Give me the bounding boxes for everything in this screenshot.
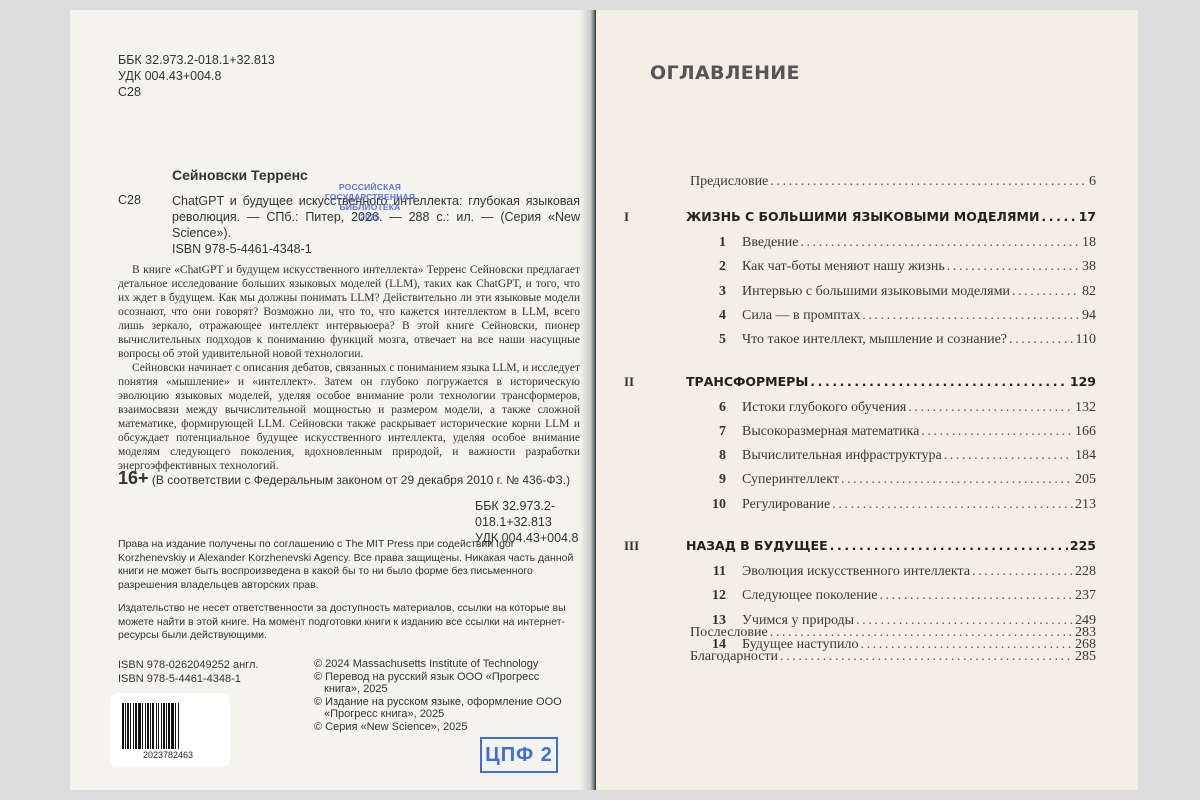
stamp-line: ГОСУДАРСТВЕННАЯ	[300, 192, 440, 202]
toc-page-number: 225	[1070, 538, 1096, 553]
toc-entry-title: Послесловие	[690, 625, 768, 641]
rights-notice: Права на издание получены по соглашению …	[118, 538, 580, 653]
catalog-code: С28	[118, 193, 141, 207]
toc-part: IIIНАЗАД В БУДУЩЕЕ225	[686, 538, 1096, 553]
rights-paragraph: Права на издание получены по соглашению …	[118, 538, 580, 592]
copyright-line: © Перевод на русский язык ООО «Прогресс …	[314, 671, 574, 696]
annotation-paragraph: В книге «ChatGPT и будущем искусственног…	[118, 263, 580, 361]
annotation-paragraph: Сейновски начинает с описания дебатов, с…	[118, 361, 580, 473]
toc-entry-title: Интервью с большими языковыми моделями	[742, 284, 1010, 300]
part-number: II	[624, 374, 654, 390]
book-spread: ББК 32.973.2-018.1+32.813 УДК 004.43+004…	[70, 10, 1138, 790]
toc-entry-title: Высокоразмерная математика	[742, 424, 919, 440]
leader-dots	[879, 588, 1073, 604]
toc-title: ОГЛАВЛЕНИЕ	[650, 62, 800, 84]
leader-dots	[1012, 284, 1080, 300]
toc-entry-title: Предисловие	[690, 174, 768, 190]
age-rating-note: (В соответствии с Федеральным законом от…	[152, 473, 570, 487]
udk-code: УДК 004.43+004.8	[118, 68, 275, 84]
barcode-number: 2023782463	[110, 750, 226, 760]
chapter-number: 9	[702, 472, 726, 488]
table-of-contents-page: ОГЛАВЛЕНИЕ Предисловие6IЖИЗНЬ С БОЛЬШИМИ…	[596, 10, 1138, 790]
toc-entry: 2Как чат-боты меняют нашу жизнь38	[742, 259, 1096, 275]
chapter-number: 7	[702, 424, 726, 440]
cpf-stamp: ЦПФ 2	[480, 737, 558, 773]
library-stamp: РОССИЙСКАЯ ГОСУДАРСТВЕННАЯ БИБЛИОТЕКА 20…	[300, 182, 440, 222]
leader-dots	[830, 538, 1068, 553]
leader-dots	[841, 472, 1073, 488]
barcode-icon	[122, 703, 214, 749]
leader-dots	[908, 400, 1073, 416]
copyright-list: © 2024 Massachusetts Institute of Techno…	[314, 658, 574, 733]
toc-entry: 1Введение18	[742, 235, 1096, 251]
chapter-number: 12	[702, 588, 726, 604]
toc-entry-title: Сила — в промптах	[742, 308, 860, 324]
toc-entry: 9Суперинтеллект205	[742, 472, 1096, 488]
leader-dots	[800, 235, 1080, 251]
toc-entry-title: Суперинтеллект	[742, 472, 839, 488]
leader-dots	[770, 174, 1087, 190]
leader-dots	[947, 259, 1080, 275]
leader-dots	[1041, 209, 1076, 224]
toc-page-number: 6	[1089, 174, 1096, 190]
isbn-russian: ISBN 978-5-4461-4348-1	[118, 672, 258, 686]
disclaimer-paragraph: Издательство не несет ответственности за…	[118, 602, 580, 643]
part-number: III	[624, 538, 654, 554]
toc-page-number: 184	[1075, 448, 1096, 464]
leader-dots	[944, 448, 1073, 464]
toc-entry-title: Введение	[742, 235, 798, 251]
chapter-number: 3	[702, 284, 726, 300]
toc-entry-title: Регулирование	[742, 497, 830, 513]
leader-dots	[810, 374, 1068, 389]
chapter-number: 1	[702, 235, 726, 251]
toc-entry: 6Истоки глубокого обучения132	[742, 400, 1096, 416]
isbn-main: ISBN 978-5-4461-4348-1	[172, 242, 312, 256]
copyright-line: © 2024 Massachusetts Institute of Techno…	[314, 658, 574, 671]
barcode-sticker: 2023782463	[110, 693, 230, 767]
classification-codes-top: ББК 32.973.2-018.1+32.813 УДК 004.43+004…	[118, 52, 275, 100]
toc-entry-title: ЖИЗНЬ С БОЛЬШИМИ ЯЗЫКОВЫМИ МОДЕЛЯМИ	[686, 209, 1039, 224]
toc-page-number: 82	[1082, 284, 1096, 300]
toc-page-number: 18	[1082, 235, 1096, 251]
age-rating: 16+ (В соответствии с Федеральным законо…	[118, 468, 570, 489]
stamp-line: БИБЛИОТЕКА	[300, 202, 440, 212]
part-number: I	[624, 209, 654, 225]
stamp-line: РОССИЙСКАЯ	[300, 182, 440, 192]
toc-entry: Послесловие283	[690, 625, 1096, 641]
toc-page-number: 228	[1075, 564, 1096, 580]
leader-dots	[1009, 332, 1074, 348]
chapter-number: 8	[702, 448, 726, 464]
toc-entry: 8Вычислительная инфраструктура184	[742, 448, 1096, 464]
toc-entry: 7Высокоразмерная математика166	[742, 424, 1096, 440]
toc-entry-title: Благодарности	[690, 649, 778, 665]
toc-page-number: 205	[1075, 472, 1096, 488]
toc-page-number: 17	[1079, 209, 1096, 224]
leader-dots	[862, 308, 1080, 324]
toc-entry-title: НАЗАД В БУДУЩЕЕ	[686, 538, 828, 553]
copyright-line: © Издание на русском языке, оформление О…	[314, 696, 574, 721]
chapter-number: 4	[702, 308, 726, 324]
toc-part: IIТРАНСФОРМЕРЫ129	[686, 374, 1096, 389]
leader-dots	[972, 564, 1073, 580]
toc-entry-title: Истоки глубокого обучения	[742, 400, 906, 416]
chapter-number: 6	[702, 400, 726, 416]
isbn-list: ISBN 978-0262049252 англ. ISBN 978-5-446…	[118, 658, 258, 686]
toc-page-number: 129	[1070, 374, 1096, 389]
author-name: Сейновски Терренс	[172, 167, 308, 183]
leader-dots	[770, 625, 1073, 641]
bbk-code: ББК 32.973.2-018.1+32.813	[118, 52, 275, 68]
toc-page-number: 94	[1082, 308, 1096, 324]
toc-entry-title: Эволюция искусственного интеллекта	[742, 564, 970, 580]
toc-page-number: 38	[1082, 259, 1096, 275]
toc-entry-title: Что такое интеллект, мышление и сознание…	[742, 332, 1007, 348]
toc-page-number: 213	[1075, 497, 1096, 513]
toc-part: IЖИЗНЬ С БОЛЬШИМИ ЯЗЫКОВЫМИ МОДЕЛЯМИ17	[686, 209, 1096, 224]
author-mark: С28	[118, 84, 275, 100]
toc-page-number: 166	[1075, 424, 1096, 440]
toc-entry-title: Вычислительная инфраструктура	[742, 448, 942, 464]
toc-entry: Благодарности285	[690, 649, 1096, 665]
toc-entry: 4Сила — в промптах94	[742, 308, 1096, 324]
chapter-number: 10	[702, 497, 726, 513]
stamp-line: 2025	[300, 212, 440, 222]
copyright-page: ББК 32.973.2-018.1+32.813 УДК 004.43+004…	[70, 10, 594, 790]
toc-entry-title: ТРАНСФОРМЕРЫ	[686, 374, 808, 389]
toc-entry: Предисловие6	[690, 174, 1096, 190]
toc-entry: 12Следующее поколение237	[742, 588, 1096, 604]
age-rating-value: 16+	[118, 468, 149, 488]
toc-page-number: 110	[1076, 332, 1096, 348]
copyright-line: © Серия «New Science», 2025	[314, 721, 574, 734]
toc-entry-title: Как чат-боты меняют нашу жизнь	[742, 259, 945, 275]
toc-entry: 11Эволюция искусственного интеллекта228	[742, 564, 1096, 580]
leader-dots	[832, 497, 1073, 513]
toc-entry: 10Регулирование213	[742, 497, 1096, 513]
leader-dots	[921, 424, 1073, 440]
toc-page-number: 285	[1075, 649, 1096, 665]
toc-page-number: 132	[1075, 400, 1096, 416]
isbn-english: ISBN 978-0262049252 англ.	[118, 658, 258, 672]
toc-page-number: 237	[1075, 588, 1096, 604]
toc-entry: 3Интервью с большими языковыми моделями8…	[742, 284, 1096, 300]
toc-page-number: 283	[1075, 625, 1096, 641]
leader-dots	[780, 649, 1073, 665]
book-annotation: В книге «ChatGPT и будущем искусственног…	[118, 263, 580, 473]
chapter-number: 2	[702, 259, 726, 275]
toc-entry-title: Следующее поколение	[742, 588, 877, 604]
bbk-code: ББК 32.973.2-018.1+32.813	[475, 498, 594, 530]
chapter-number: 11	[702, 564, 726, 580]
toc-entry: 5Что такое интеллект, мышление и сознани…	[742, 332, 1096, 348]
chapter-number: 5	[702, 332, 726, 348]
